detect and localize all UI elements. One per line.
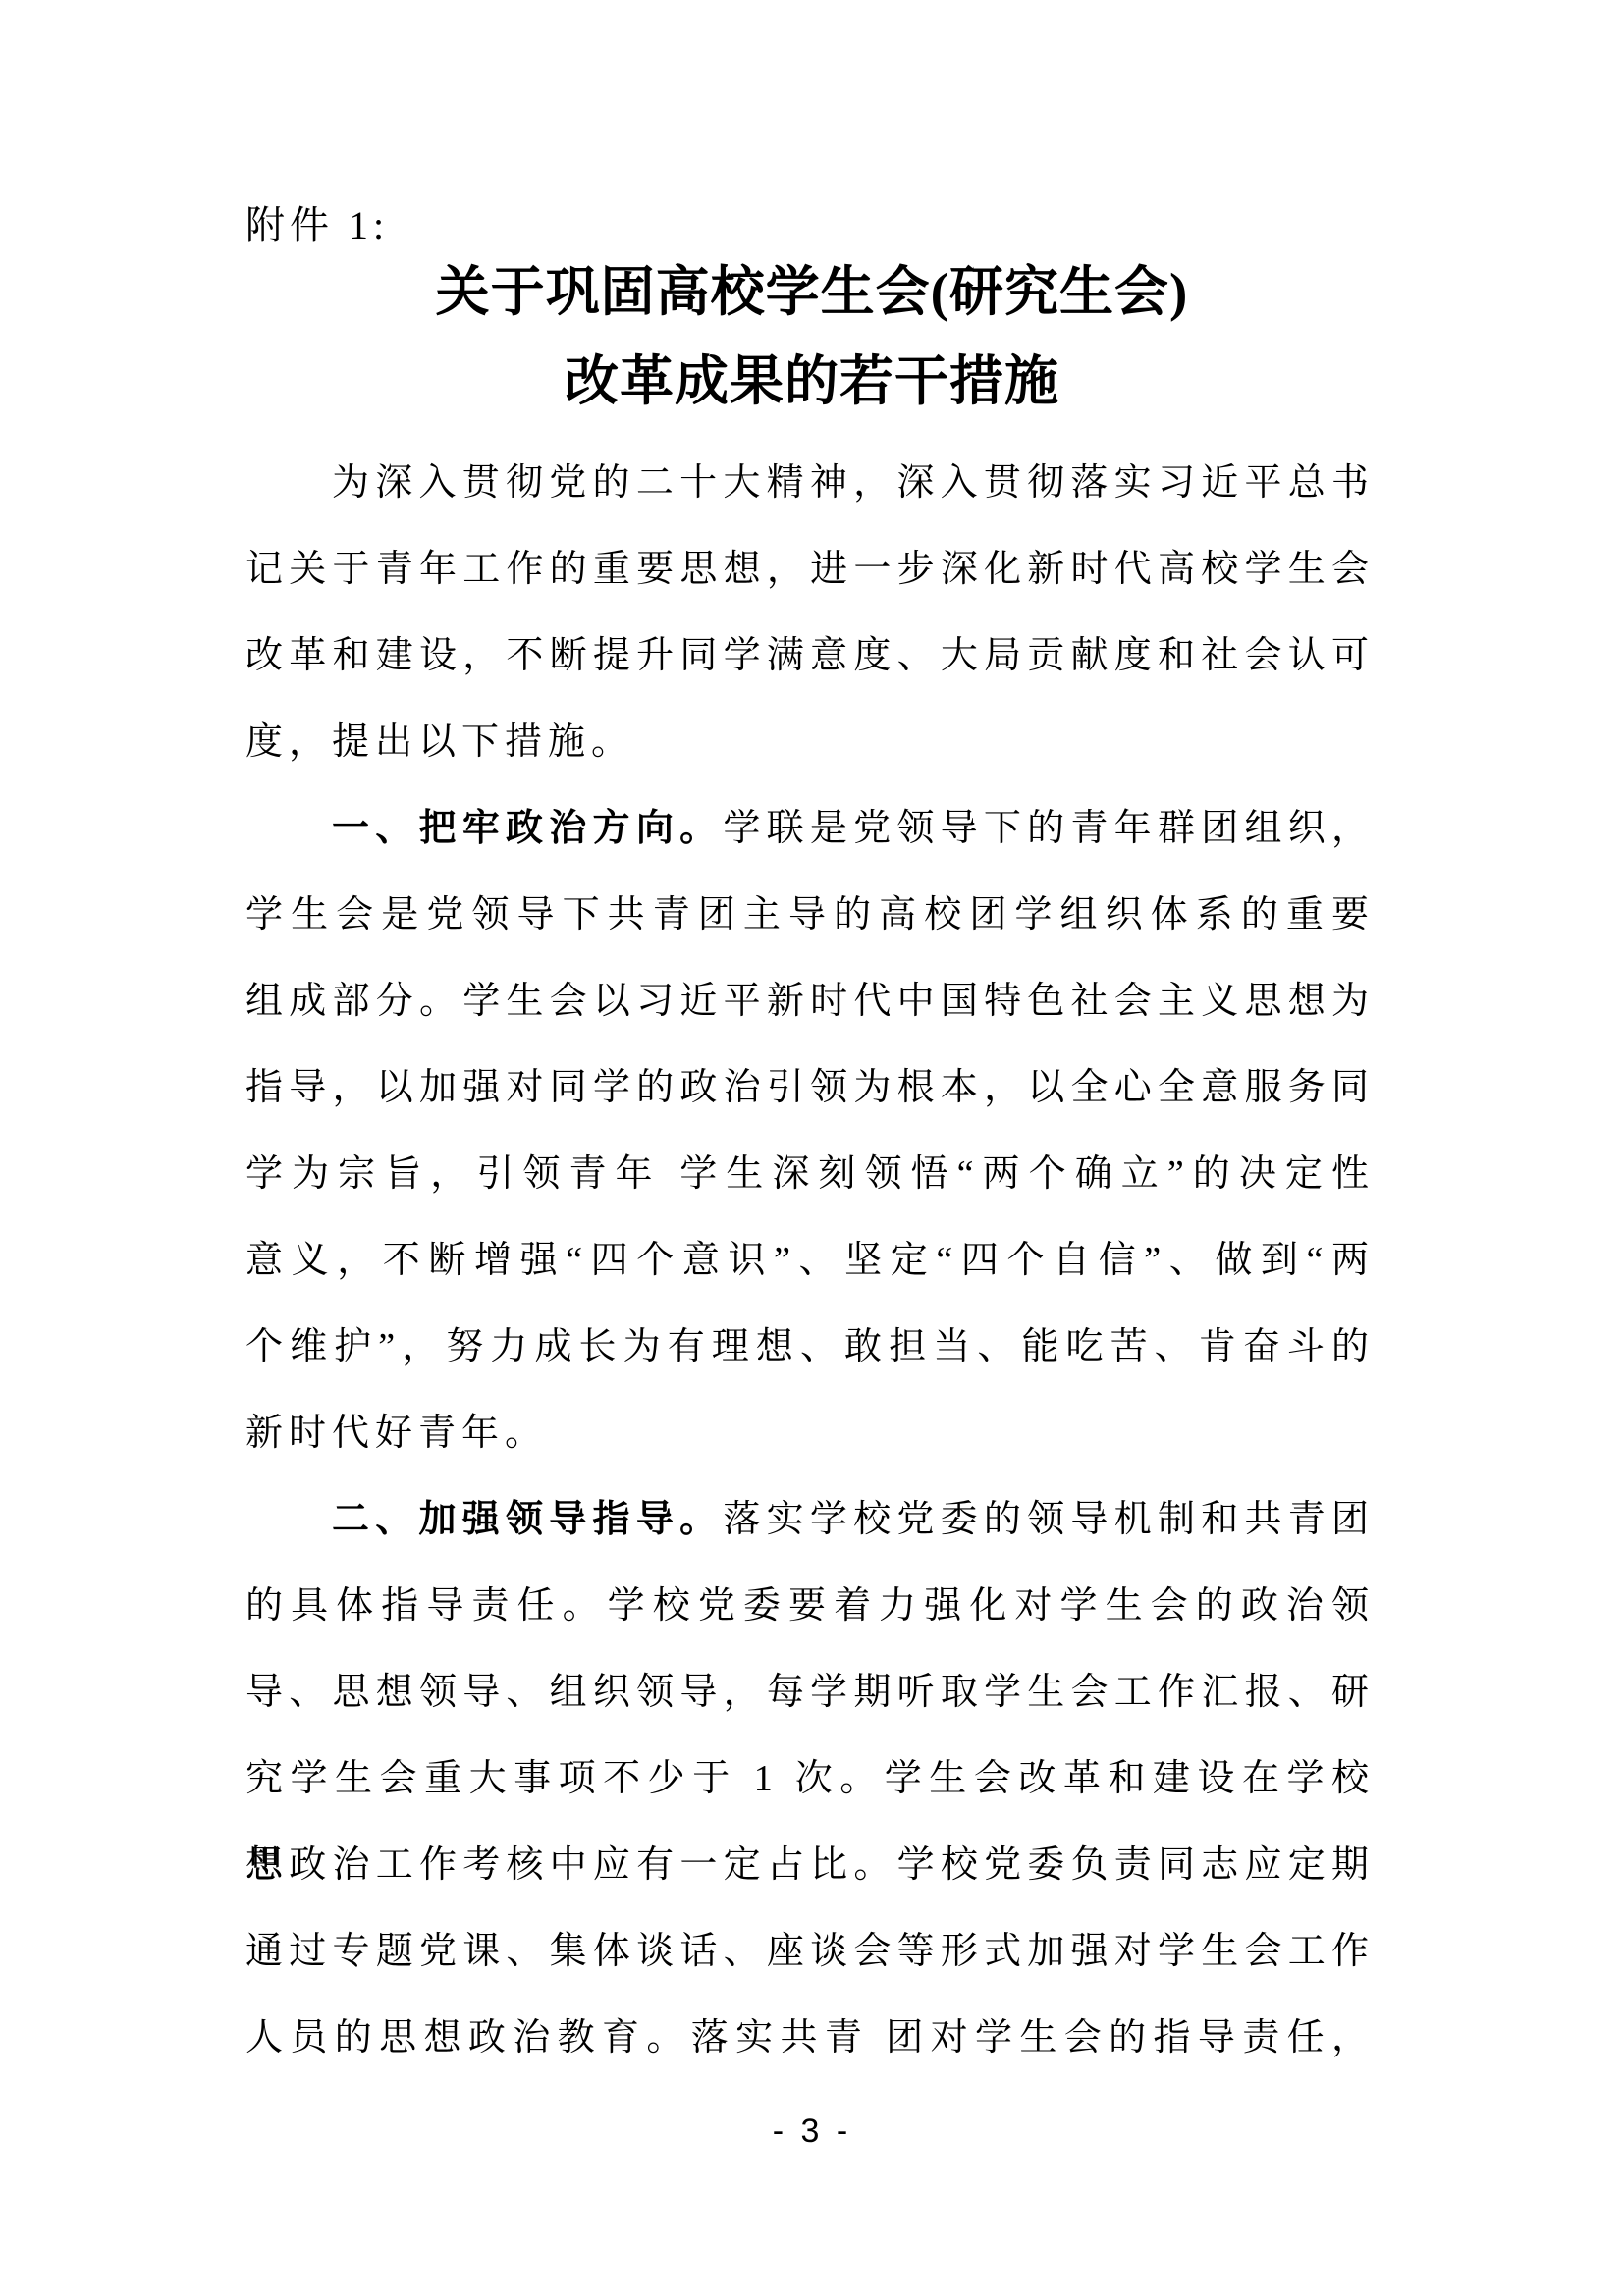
body-line: 人员的思想政治教育。落实共青 团对学生会的指导责任， [245,1995,1375,2081]
body-line: 究学生会重大事项不少于 1 次。学生会改革和建设在学校思 [245,1735,1375,1822]
title-line-1: 关于巩固高校学生会(研究生会) [0,247,1624,337]
document-page: 附件 1: 关于巩固高校学生会(研究生会) 改革成果的若干措施 为深入贯彻党的二… [0,0,1624,2296]
document-title: 关于巩固高校学生会(研究生会) 改革成果的若干措施 [0,247,1624,426]
body-line-text: 落实学校党委的领导机制和共青团 [723,1499,1375,1540]
body-line: 学为宗旨，引领青年 学生深刻领悟“两个确立”的决定性 [245,1131,1375,1217]
body-line: 的具体指导责任。学校党委要着力强化对学生会的政治领 [245,1563,1375,1649]
page-number: - 3 - [0,2112,1624,2151]
body-line: 指导，以加强对同学的政治引领为根本，以全心全意服务同 [245,1044,1375,1131]
body-line: 记关于青年工作的重要思想，进一步深化新时代高校学生会 [245,526,1375,613]
section-1-heading: 一、把牢政治方向。 [332,808,723,849]
body-line: 二、加强领导指导。落实学校党委的领导机制和共青团 [245,1476,1375,1563]
body-line: 新时代好青年。 [245,1390,1375,1476]
body-line: 想政治工作考核中应有一定占比。学校党委负责同志应定期 [245,1822,1375,1908]
body-line: 改革和建设，不断提升同学满意度、大局贡献度和社会认可 [245,613,1375,699]
attachment-label: 附件 1: [245,194,389,250]
body-line: 个维护”，努力成长为有理想、敢担当、能吃苦、肯奋斗的 [245,1304,1375,1390]
document-body: 为深入贯彻党的二十大精神，深入贯彻落实习近平总书 记关于青年工作的重要思想，进一… [245,440,1375,2081]
body-line: 通过专题党课、集体谈话、座谈会等形式加强对学生会工作 [245,1908,1375,1995]
body-line: 意义，不断增强“四个意识”、坚定“四个自信”、做到“两 [245,1217,1375,1304]
body-line: 度，提出以下措施。 [245,699,1375,785]
body-line: 为深入贯彻党的二十大精神，深入贯彻落实习近平总书 [245,440,1375,526]
body-line: 一、把牢政治方向。学联是党领导下的青年群团组织， [245,785,1375,872]
body-line: 学生会是党领导下共青团主导的高校团学组织体系的重要 [245,872,1375,958]
body-line: 导、思想领导、组织领导，每学期听取学生会工作汇报、研 [245,1649,1375,1735]
section-2-heading: 二、加强领导指导。 [332,1499,723,1540]
title-line-2: 改革成果的若干措施 [0,337,1624,426]
body-line: 组成部分。学生会以习近平新时代中国特色社会主义思想为 [245,958,1375,1044]
body-line-text: 学联是党领导下的青年群团组织， [723,808,1375,849]
